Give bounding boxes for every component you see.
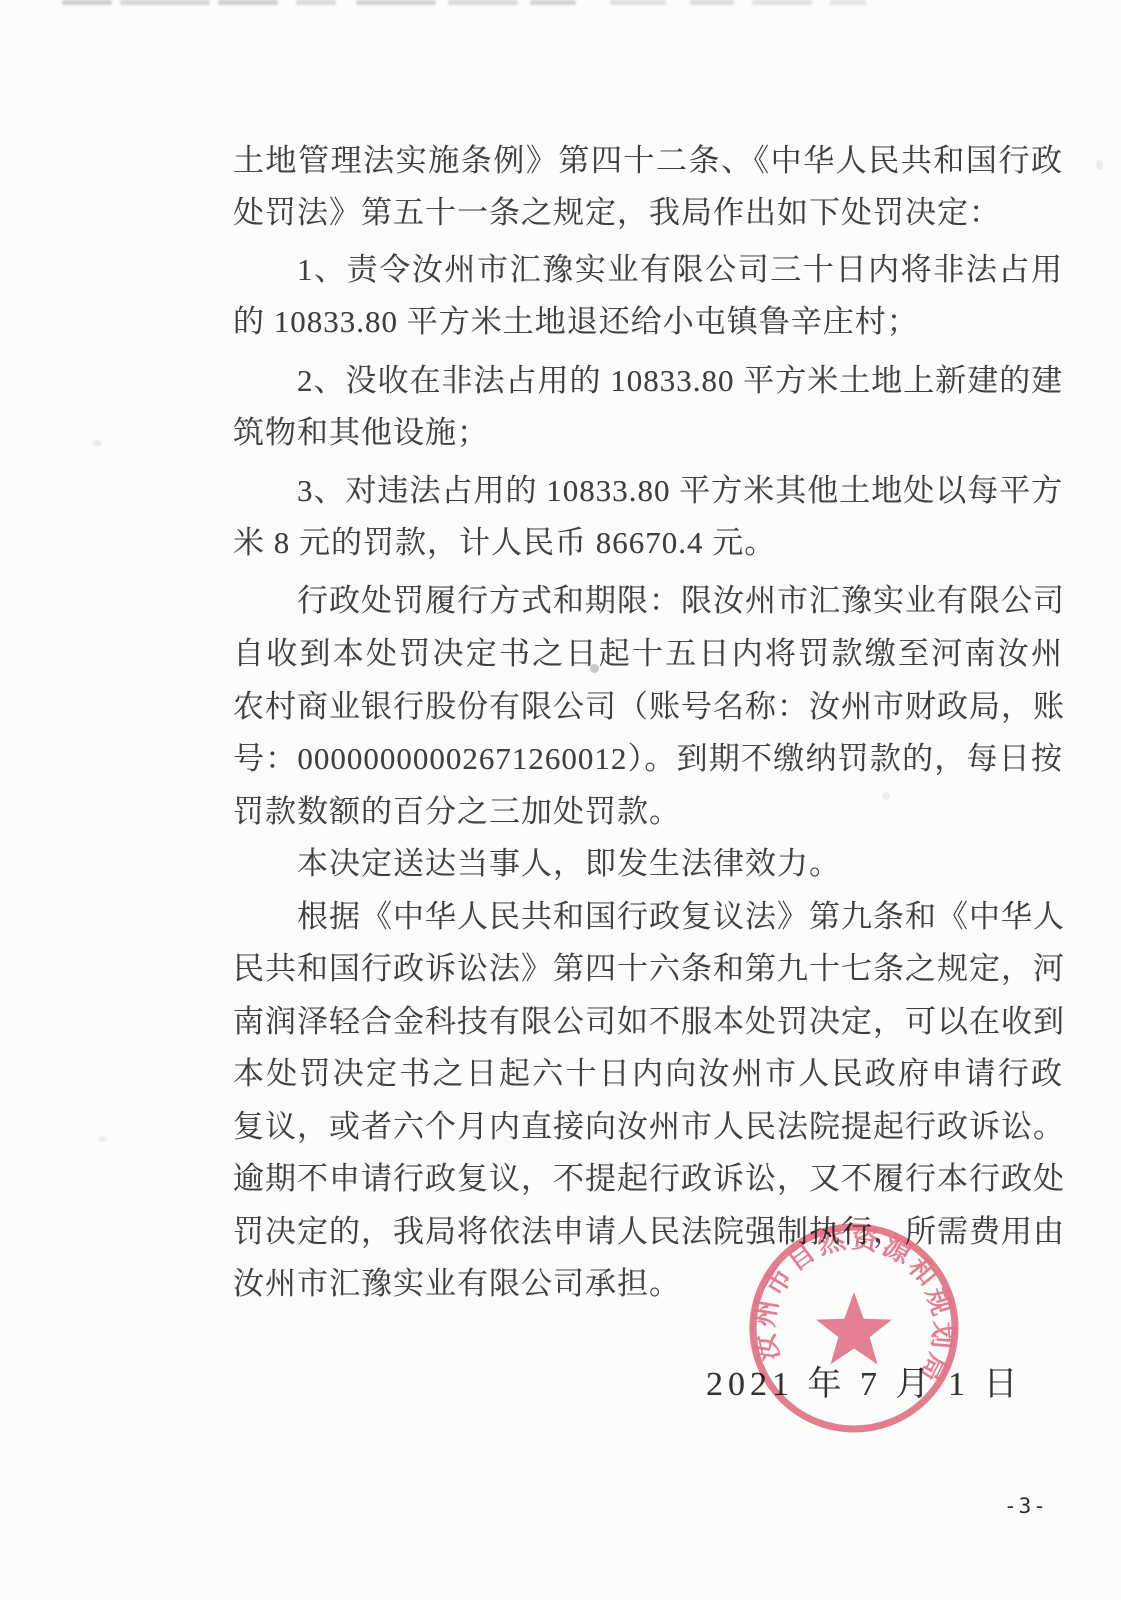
text-line: 自收到本处罚决定书之日起十五日内将罚款缴至河南汝州 (233, 633, 1063, 675)
text-line: 南润泽轻合金科技有限公司如不服本处罚决定，可以在收到 (233, 1001, 1063, 1043)
text-line: 处罚法》第五十一条之规定，我局作出如下处罚决定： (233, 192, 1063, 234)
text-line: 的 10833.80 平方米土地退还给小屯镇鲁辛庄村； (233, 301, 1063, 343)
scan-speck (1096, 160, 1103, 170)
text-line: 罚款数额的百分之三加处罚款。 (233, 791, 1063, 833)
text-line: 根据《中华人民共和国行政复议法》第九条和《中华人 (233, 896, 1063, 938)
text-line: 行政处罚履行方式和期限：限汝州市汇豫实业有限公司 (233, 580, 1063, 622)
scan-speck (98, 1136, 107, 1142)
scan-speck (92, 440, 102, 446)
seal-star-icon (816, 1292, 892, 1364)
scanned-document-page: 土地管理法实施条例》第四十二条、《中华人民共和国行政 处罚法》第五十一条之规定，… (0, 0, 1121, 1600)
text-line: 复议，或者六个月内直接向汝州市人民法院提起行政诉讼。 (233, 1106, 1063, 1148)
text-line: 筑物和其他设施； (233, 412, 1063, 454)
seal-text: 汝州市自然资源和规划局 (744, 1209, 972, 1391)
text-line: 米 8 元的罚款，计人民币 86670.4 元。 (233, 522, 1063, 564)
official-seal: 汝州市自然资源和规划局 (734, 1208, 974, 1448)
text-line: 本决定送达当事人，即发生法律效力。 (233, 843, 1063, 885)
text-line: 号：00000000002671260012）。到期不缴纳罚款的，每日按 (233, 738, 1063, 780)
svg-text:汝州市自然资源和规划局: 汝州市自然资源和规划局 (744, 1209, 972, 1391)
page-number: -3- (1004, 1494, 1048, 1518)
text-line: 土地管理法实施条例》第四十二条、《中华人民共和国行政 (233, 140, 1063, 182)
text-line: 本处罚决定书之日起六十日内向汝州市人民政府申请行政 (233, 1053, 1063, 1095)
text-line: 2、没收在非法占用的 10833.80 平方米土地上新建的建 (233, 360, 1063, 402)
text-line: 1、责令汝州市汇豫实业有限公司三十日内将非法占用 (233, 249, 1063, 291)
text-line: 3、对违法占用的 10833.80 平方米其他土地处以每平方 (233, 470, 1063, 512)
text-line: 民共和国行政诉讼法》第四十六条和第九十七条之规定，河 (233, 948, 1063, 990)
text-line: 逾期不申请行政复议，不提起行政诉讼，又不履行本行政处 (233, 1158, 1063, 1200)
text-line: 农村商业银行股份有限公司（账号名称：汝州市财政局，账 (233, 686, 1063, 728)
